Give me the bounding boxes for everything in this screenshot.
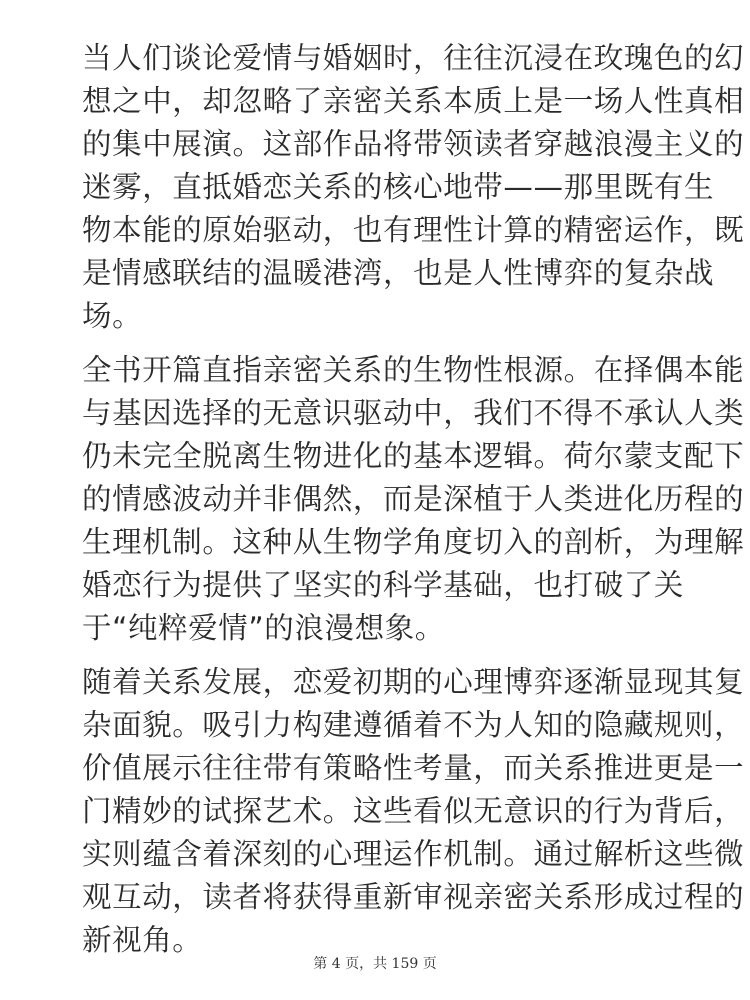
document-page: 当人们谈论爱情与婚姻时，往往沉浸在玫瑰色的幻 想之中，却忽略了亲密关系本质上是一… [82, 37, 672, 973]
paragraph-3: 随着关系发展，恋爱初期的心理博弈逐渐显现其复 杂面貌。吸引力构建遵循着不为人知的… [82, 661, 672, 962]
text-line: 婚恋行为提供了坚实的科学基础，也打破了关 [82, 564, 672, 607]
text-line: 当人们谈论爱情与婚姻时，往往沉浸在玫瑰色的幻 [82, 37, 672, 80]
text-line: 观互动，读者将获得重新审视亲密关系形成过程的 [82, 876, 672, 919]
text-line: 场。 [82, 295, 672, 338]
text-line: 杂面貌。吸引力构建遵循着不为人知的隐藏规则， [82, 704, 672, 747]
text-line: 于“纯粹爱情”的浪漫想象。 [82, 607, 672, 650]
paragraph-2: 全书开篇直指亲密关系的生物性根源。在择偶本能 与基因选择的无意识驱动中，我们不得… [82, 349, 672, 650]
text-line: 迷雾，直抵婚恋关系的核心地带——那里既有生 [82, 166, 672, 209]
text-line: 物本能的原始驱动，也有理性计算的精密运作，既 [82, 209, 672, 252]
text-line: 实则蕴含着深刻的心理运作机制。通过解析这些微 [82, 833, 672, 876]
text-line: 仍未完全脱离生物进化的基本逻辑。荷尔蒙支配下 [82, 435, 672, 478]
text-line: 生理机制。这种从生物学角度切入的剖析，为理解 [82, 521, 672, 564]
text-line: 随着关系发展，恋爱初期的心理博弈逐渐显现其复 [82, 661, 672, 704]
text-line: 门精妙的试探艺术。这些看似无意识的行为背后， [82, 790, 672, 833]
text-line: 的情感波动并非偶然，而是深植于人类进化历程的 [82, 478, 672, 521]
text-line: 的集中展演。这部作品将带领读者穿越浪漫主义的 [82, 123, 672, 166]
text-line: 与基因选择的无意识驱动中，我们不得不承认人类 [82, 392, 672, 435]
page-indicator: 第 4 页，共 159 页 [0, 953, 750, 973]
text-line: 价值展示往往带有策略性考量，而关系推进更是一 [82, 747, 672, 790]
text-line: 是情感联结的温暖港湾，也是人性博弈的复杂战 [82, 252, 672, 295]
text-line: 想之中，却忽略了亲密关系本质上是一场人性真相 [82, 80, 672, 123]
text-line: 全书开篇直指亲密关系的生物性根源。在择偶本能 [82, 349, 672, 392]
paragraph-1: 当人们谈论爱情与婚姻时，往往沉浸在玫瑰色的幻 想之中，却忽略了亲密关系本质上是一… [82, 37, 672, 338]
